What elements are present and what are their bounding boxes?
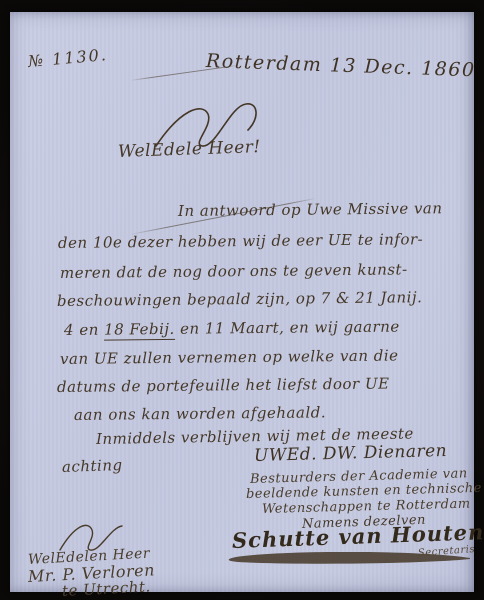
- letter-ref-number: № 1130.: [27, 45, 108, 71]
- letter-paper: № 1130. Rotterdam 13 Dec. 1860 WelEdele …: [10, 12, 474, 592]
- body-line-5-pre: 4 en: [64, 321, 104, 339]
- body-line-5-post: en 11 Maart, en wij gaarne: [175, 317, 400, 337]
- body-line-6: van UE zullen vernemen op welke van die: [60, 346, 399, 368]
- body-line-2: den 10e dezer hebben wij de eer UE te in…: [58, 230, 423, 252]
- letter-dateline: Rotterdam 13 Dec. 1860: [206, 50, 476, 81]
- closing-line-2: achting: [62, 456, 123, 476]
- body-line-4: beschouwingen bepaald zijn, op 7 & 21 Ja…: [57, 288, 423, 310]
- closing-valediction: UWEd. DW. Dienaren: [254, 441, 448, 466]
- body-line-8: aan ons kan worden afgehaald.: [74, 403, 326, 424]
- letter-salutation: WelEdele Heer!: [118, 137, 261, 162]
- body-line-3: meren dat de nog door ons te geven kunst…: [60, 260, 408, 282]
- body-line-5-underlined: 18 Febij.: [104, 320, 175, 341]
- body-line-7: datums de portefeuille het liefst door U…: [57, 375, 390, 396]
- body-line-5: 4 en 18 Febij. en 11 Maart, en wij gaarn…: [64, 317, 400, 339]
- dateline-pen-hairline: [130, 65, 239, 81]
- body-line-1: In antwoord op Uwe Missive van: [178, 199, 443, 220]
